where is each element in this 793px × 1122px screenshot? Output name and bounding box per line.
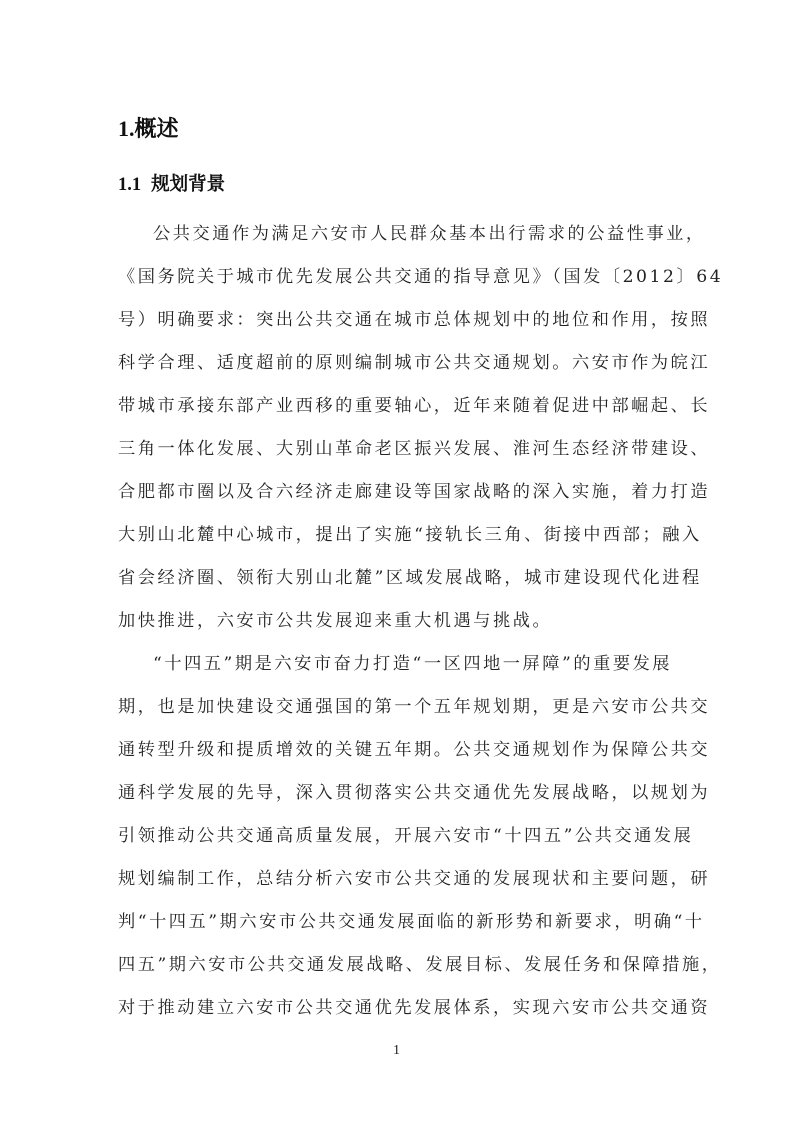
text-line: 《国务院关于城市优先发展公共交通的指导意见》（国发〔2012〕64	[118, 264, 678, 290]
text-line: 期，也是加快建设交通强国的第一个五年规划期，更是六安市公共交	[118, 694, 678, 720]
text-line: 号）明确要求：突出公共交通在城市总体规划中的地位和作用，按照	[118, 307, 678, 333]
text-line: 合肥都市圈以及合六经济走廊建设等国家战略的深入实施，着力打造	[118, 479, 678, 505]
page-number: 1	[0, 1043, 793, 1059]
text-line: 规划编制工作，总结分析六安市公共交通的发展现状和主要问题，研	[118, 866, 678, 892]
text-line: 三角一体化发展、大别山革命老区振兴发展、淮河生态经济带建设、	[118, 436, 678, 462]
text-line: 通科学发展的先导，深入贯彻落实公共交通优先发展战略，以规划为	[118, 780, 678, 806]
document-page: 1.概述 1.1规划背景 公共交通作为满足六安市人民群众基本出行需求的公益性事业…	[0, 0, 793, 1122]
text-line: 四五”期六安市公共交通发展战略、发展目标、发展任务和保障措施，	[118, 952, 678, 978]
heading-planning-background: 1.1规划背景	[118, 170, 225, 196]
text-line: 通转型升级和提质增效的关键五年期。公共交通规划作为保障公共交	[118, 737, 678, 763]
text-line: 大别山北麓中心城市，提出了实施“接轨长三角、街接中西部；融入	[118, 522, 678, 548]
text-line: 公共交通作为满足六安市人民群众基本出行需求的公益性事业，	[153, 221, 678, 247]
section-title: 规划背景	[151, 175, 225, 195]
text-line: 科学合理、适度超前的原则编制城市公共交通规划。六安市作为皖江	[118, 350, 678, 376]
text-line: 加快推进，六安市公共发展迎来重大机遇与挑战。	[118, 608, 678, 634]
section-number: 1.1	[118, 175, 141, 195]
text-line: 省会经济圈、领衔大别山北麓”区域发展战略，城市建设现代化进程	[118, 565, 678, 591]
text-line: “十四五”期是六安市奋力打造“一区四地一屏障”的重要发展	[153, 651, 678, 677]
text-line: 带城市承接东部产业西移的重要轴心，近年来随着促进中部崛起、长	[118, 393, 678, 419]
text-line: 判“十四五”期六安市公共交通发展面临的新形势和新要求，明确“十	[118, 909, 678, 935]
text-line: 对于推动建立六安市公共交通优先发展体系，实现六安市公共交通资	[118, 995, 678, 1021]
text-line: 引领推动公共交通高质量发展，开展六安市“十四五”公共交通发展	[118, 823, 678, 849]
heading-overview: 1.概述	[118, 112, 179, 143]
